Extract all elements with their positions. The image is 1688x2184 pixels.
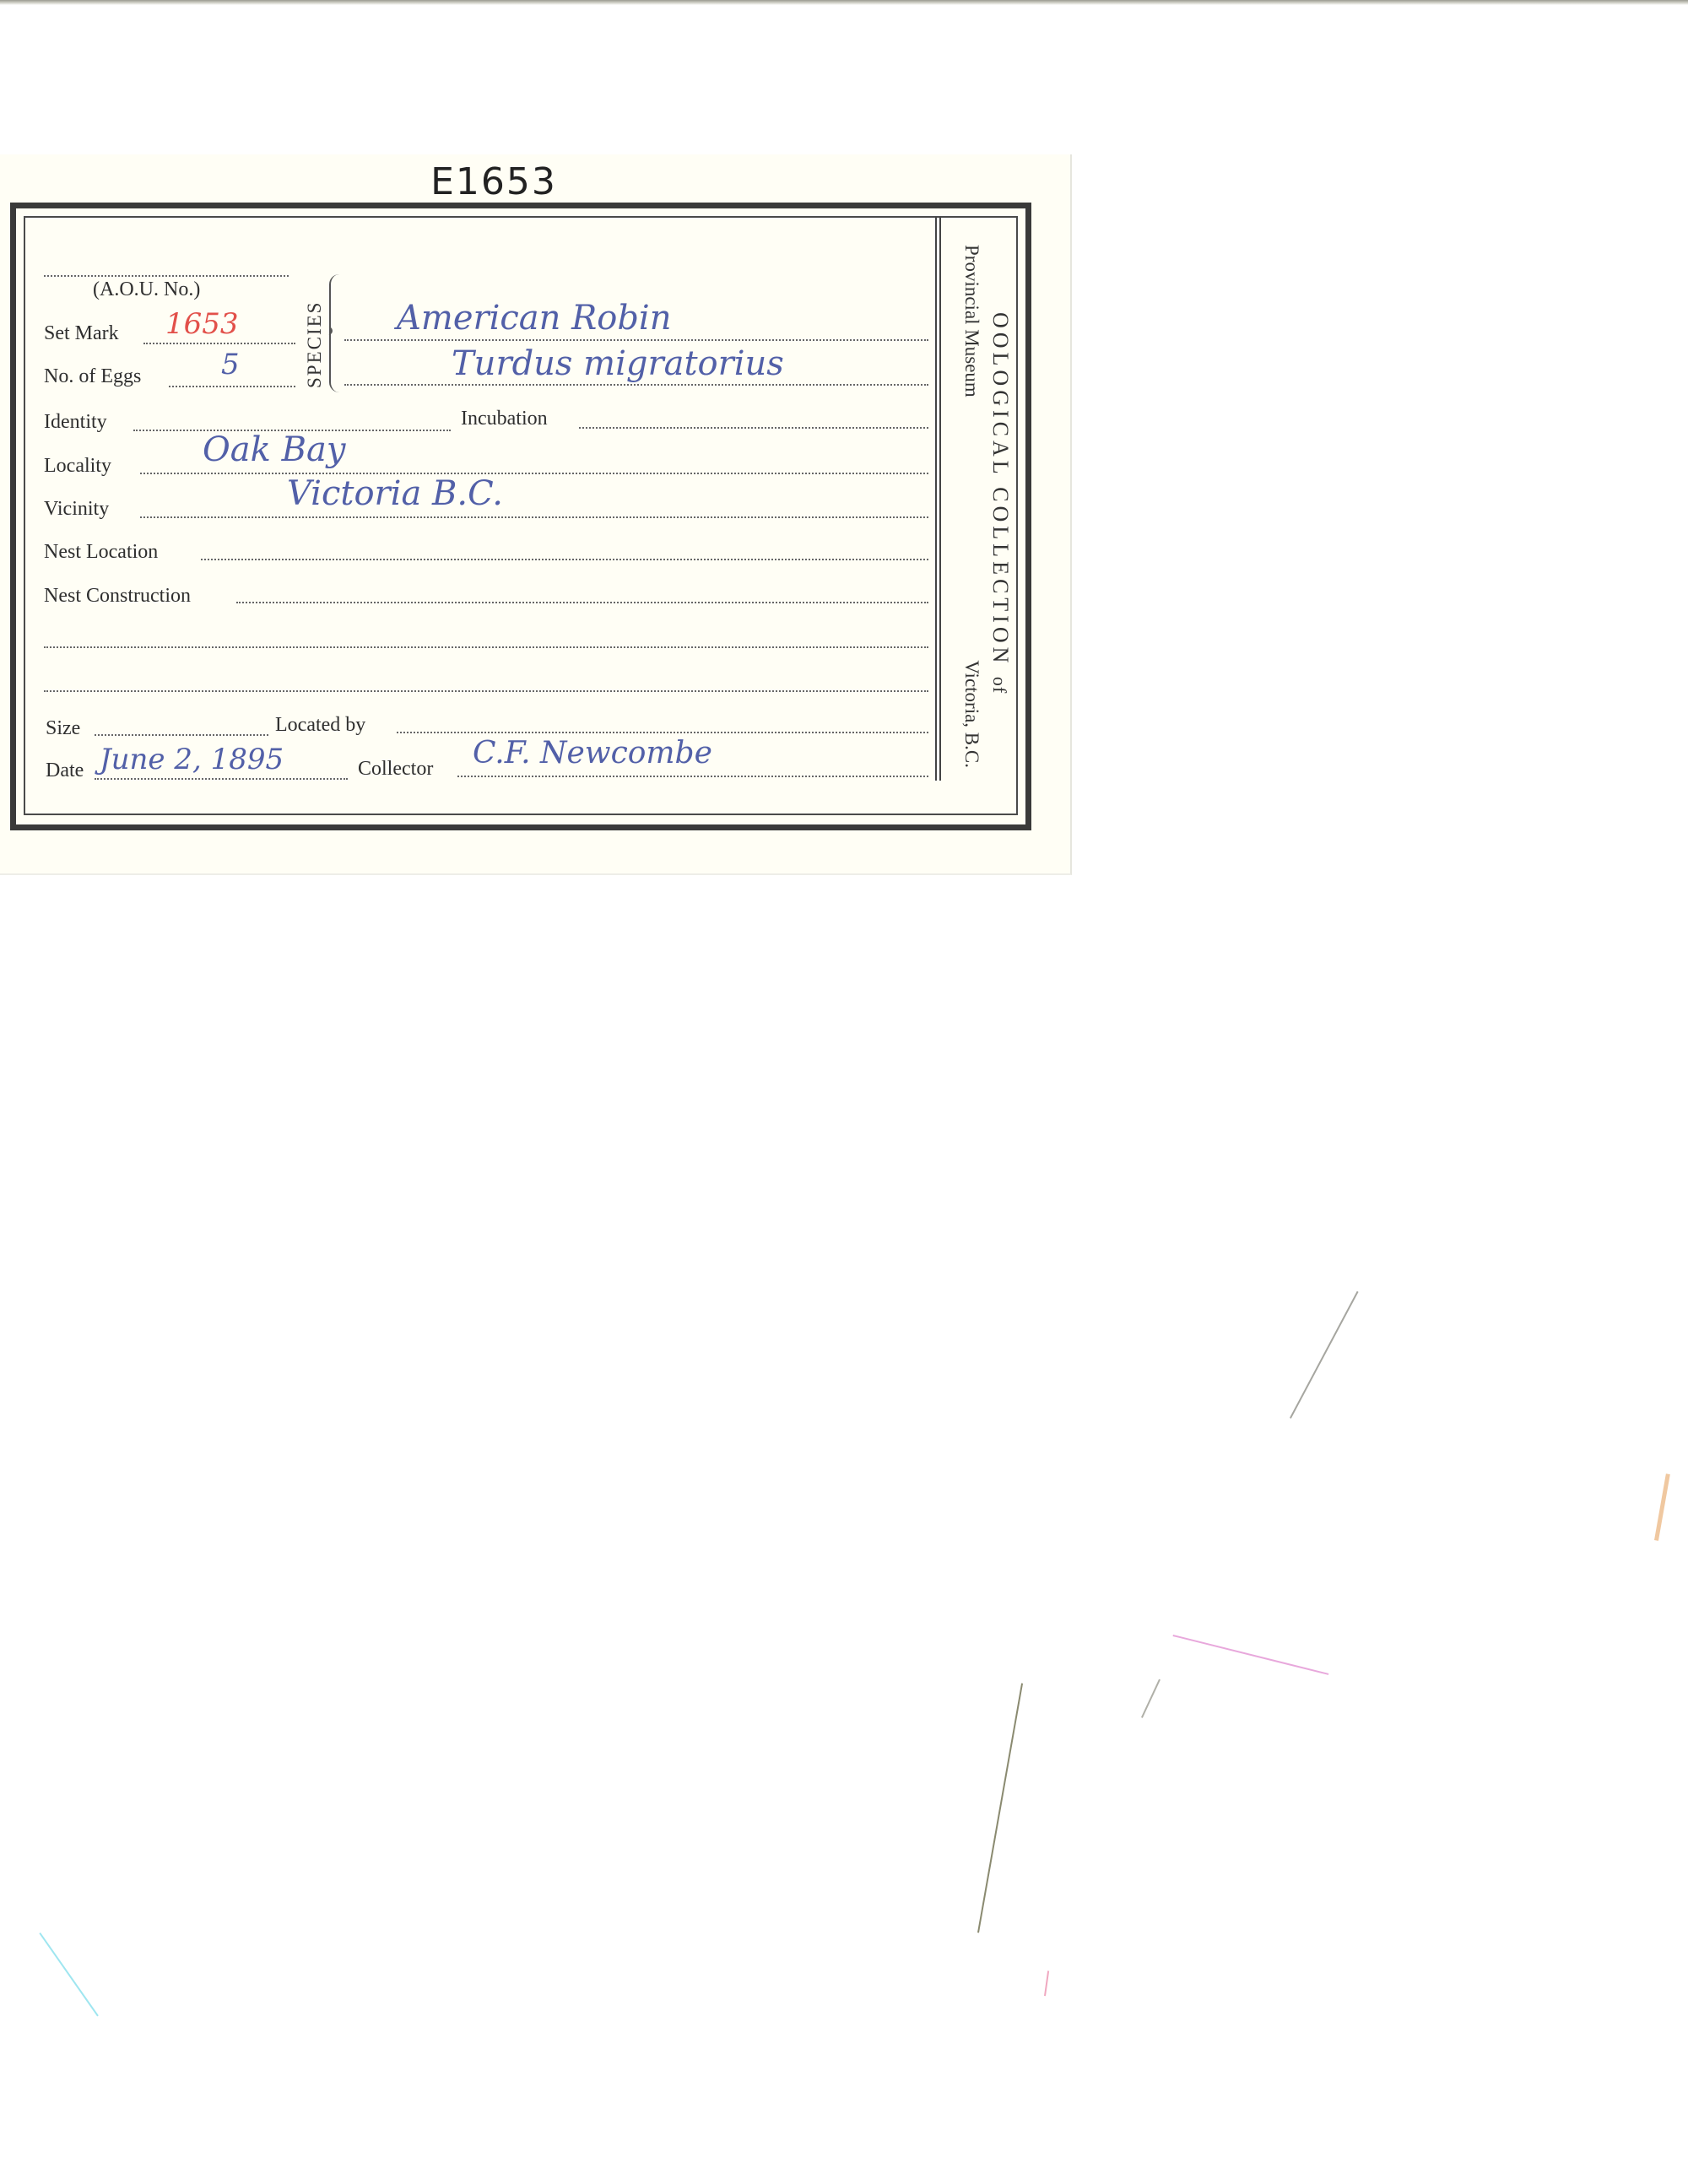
- set-mark-value: 1653: [165, 307, 239, 341]
- date-label: Date: [46, 760, 84, 782]
- locality-value: Oak Bay: [203, 430, 345, 469]
- collector-field[interactable]: [457, 776, 928, 777]
- scan-artifact: [1141, 1679, 1160, 1718]
- species-common-value: American Robin: [397, 299, 672, 338]
- scan-artifact: [1173, 1635, 1329, 1675]
- museum-name: Provincial Museum: [960, 245, 982, 397]
- eggs-label: No. of Eggs: [44, 365, 141, 388]
- locality-label: Locality: [44, 455, 111, 478]
- collection-title: OOLOGICAL COLLECTION of Provincial Museu…: [954, 245, 1013, 793]
- species-brace: [329, 274, 343, 392]
- vicinity-field[interactable]: [140, 516, 928, 518]
- scan-artifact: [1044, 1970, 1049, 1996]
- collector-value: C.F. Newcombe: [473, 736, 712, 770]
- nest-location-field[interactable]: [201, 559, 928, 560]
- identity-label: Identity: [44, 411, 107, 434]
- locality-field[interactable]: [140, 473, 928, 474]
- species-common-field[interactable]: [344, 339, 928, 341]
- incubation-field[interactable]: [579, 427, 928, 429]
- scan-artifact: [1654, 1473, 1670, 1541]
- vicinity-value: Victoria B.C.: [287, 474, 503, 513]
- scan-artifact: [977, 1684, 1023, 1933]
- collection-title-line2: Provincial Museum Victoria, B.C.: [960, 245, 982, 768]
- size-label: Size: [46, 717, 80, 740]
- aou-no-label: (A.O.U. No.): [93, 278, 200, 301]
- nest-location-label: Nest Location: [44, 541, 158, 564]
- date-field[interactable]: [95, 778, 348, 780]
- incubation-label: Incubation: [461, 408, 548, 430]
- size-field[interactable]: [95, 734, 268, 736]
- scan-artifact: [39, 1933, 98, 2016]
- extra-line-1[interactable]: [44, 646, 928, 648]
- species-heading: SPECIES: [304, 287, 329, 388]
- collection-title-line1: OOLOGICAL COLLECTION of: [987, 312, 1013, 694]
- title-divider: [935, 217, 941, 781]
- nest-construction-label: Nest Construction: [44, 585, 191, 608]
- eggs-value: 5: [221, 348, 240, 381]
- species-scientific-value: Turdus migratorius: [452, 344, 784, 383]
- species-scientific-field[interactable]: [344, 384, 928, 386]
- eggs-field[interactable]: [169, 386, 295, 387]
- date-value: June 2, 1895: [100, 743, 284, 776]
- located-by-label: Located by: [275, 714, 365, 737]
- extra-line-2[interactable]: [44, 690, 928, 692]
- museum-location: Victoria, B.C.: [960, 660, 982, 768]
- collector-label: Collector: [358, 758, 433, 781]
- located-by-field[interactable]: [397, 732, 928, 733]
- aou-no-field[interactable]: [44, 275, 289, 277]
- scan-artifact: [1290, 1291, 1359, 1419]
- set-mark-label: Set Mark: [44, 322, 119, 345]
- set-mark-field[interactable]: [143, 343, 295, 344]
- nest-construction-field[interactable]: [236, 602, 928, 603]
- vicinity-label: Vicinity: [44, 498, 109, 521]
- scan-edge: [0, 0, 1688, 5]
